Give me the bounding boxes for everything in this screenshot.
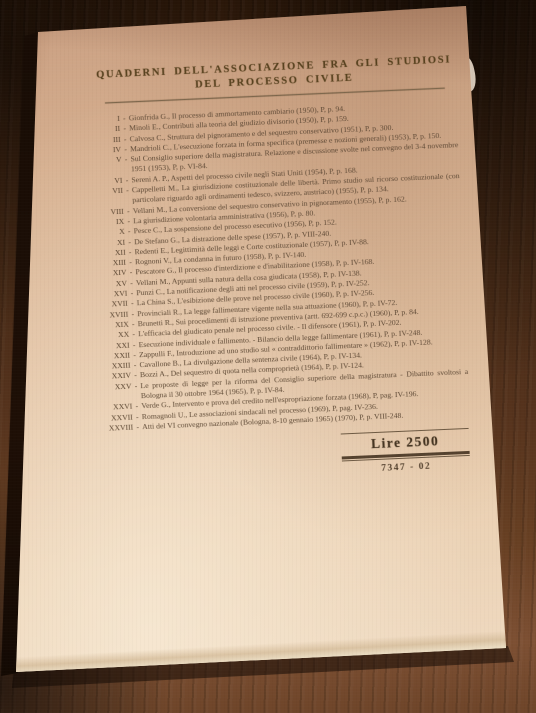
entry-separator: -	[129, 340, 138, 351]
entry-separator: -	[125, 247, 134, 258]
entry-separator: -	[123, 185, 132, 196]
entry-separator: -	[132, 401, 141, 412]
entry-separator: -	[129, 319, 138, 330]
entry-separator: -	[127, 288, 136, 299]
entry-separator: -	[125, 237, 134, 248]
entry-separator: -	[129, 329, 138, 340]
entry-separator: -	[131, 381, 140, 392]
entry-separator: -	[133, 422, 142, 433]
price-box: Lire 2500 7347 - 02	[341, 428, 471, 476]
entry-numeral: V	[96, 155, 121, 166]
entry-separator: -	[127, 278, 136, 289]
entry-separator: -	[131, 371, 140, 382]
entry-separator: -	[124, 206, 133, 217]
entry-separator: -	[128, 299, 137, 310]
book-back-cover: QUADERNI DELL'ASSOCIAZIONE FRA GLI STUDI…	[0, 0, 536, 713]
publication-list: I - Gionfrida G., Il processo di ammorta…	[95, 99, 471, 434]
entry-separator: -	[128, 309, 137, 320]
entry-separator: -	[130, 350, 139, 361]
entry-separator: -	[126, 268, 135, 279]
entry-numeral: XXVIII	[108, 422, 133, 433]
entry-separator: -	[120, 124, 129, 135]
entry-separator: -	[121, 155, 130, 166]
cover-content: QUADERNI DELL'ASSOCIAZIONE FRA GLI STUDI…	[92, 40, 472, 486]
entry-separator: -	[120, 113, 129, 124]
entry-separator: -	[130, 360, 139, 371]
entry-separator: -	[120, 134, 129, 145]
entry-separator: -	[121, 144, 130, 155]
entry-numeral: VII	[98, 186, 123, 197]
entry-separator: -	[126, 257, 135, 268]
entry-separator: -	[124, 216, 133, 227]
entry-numeral: XXV	[106, 381, 131, 392]
entry-separator: -	[133, 412, 142, 423]
price-label: Lire 2500	[341, 432, 470, 454]
entry-separator: -	[122, 175, 131, 186]
entry-separator: -	[124, 227, 133, 238]
photo-of-book-on-table: QUADERNI DELL'ASSOCIAZIONE FRA GLI STUDI…	[0, 0, 536, 713]
